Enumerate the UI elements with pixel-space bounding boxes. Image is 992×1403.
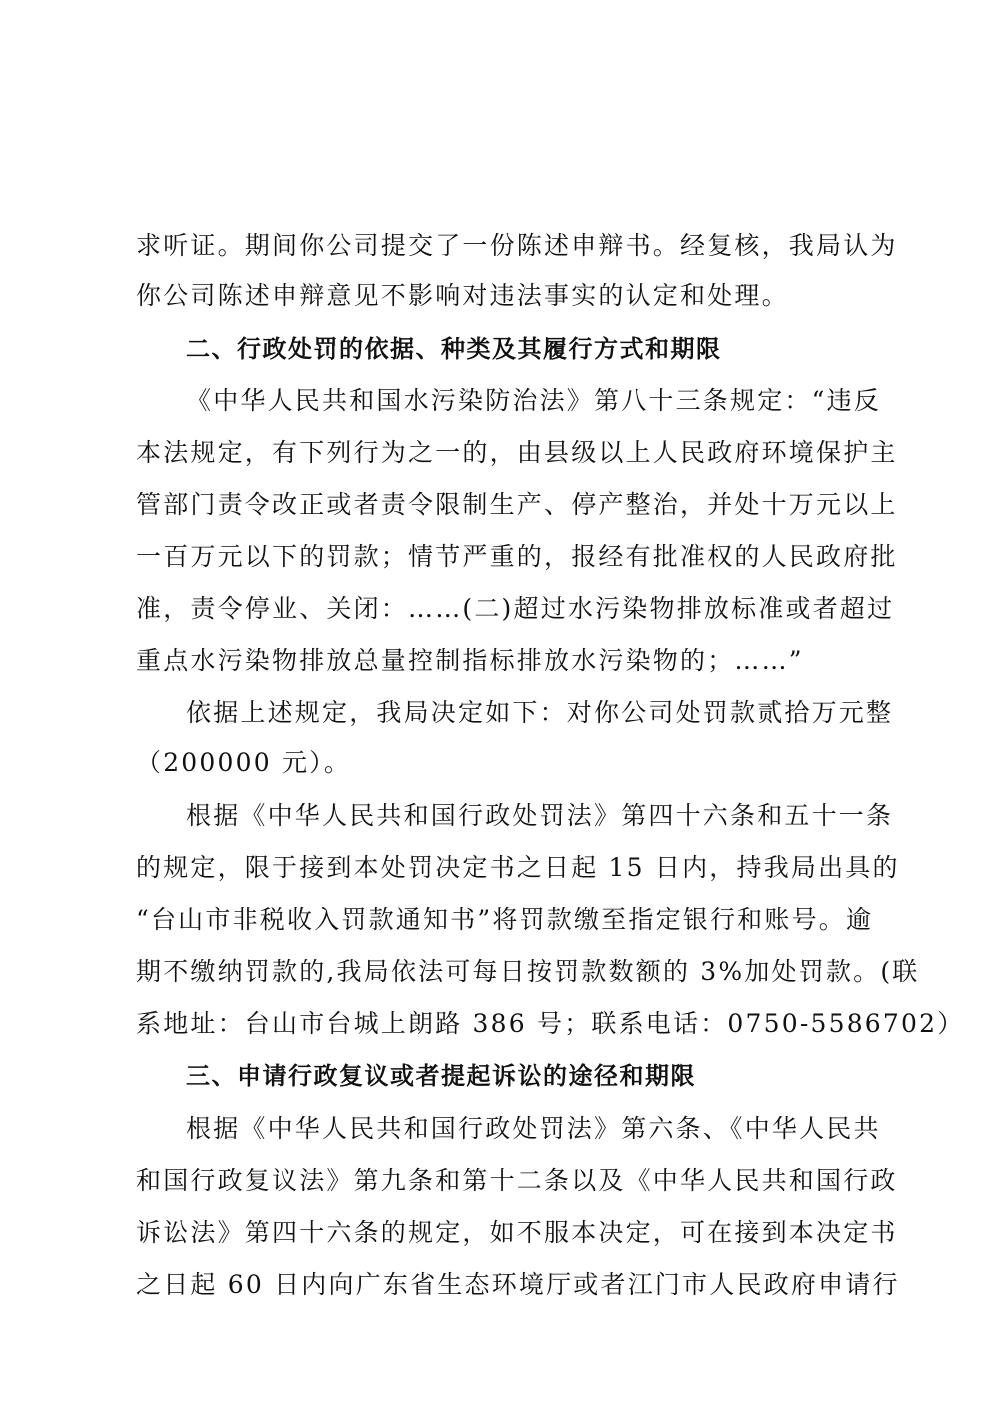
paragraph-line: 准，责令停业、关闭：……(二)超过水污染物排放标准或者超过	[136, 589, 868, 629]
paragraph-line: 《中华人民共和国水污染防治法》第八十三条规定：“违反	[186, 381, 868, 421]
section-heading-3: 三、申请行政复议或者提起诉讼的途径和期限	[186, 1056, 696, 1096]
paragraph-line: 求听证。期间你公司提交了一份陈述申辩书。经复核，我局认为	[136, 226, 868, 266]
penalty-amount-line: （200000 元）。	[136, 743, 868, 783]
paragraph-line: 之日起 60 日内向广东省生态环境厅或者江门市人民政府申请行	[136, 1265, 868, 1305]
paragraph-line: 诉讼法》第四十六条的规定，如不服本决定，可在接到本决定书	[136, 1213, 868, 1253]
paragraph-line: 管部门责令改正或者责令限制生产、停产整治，并处十万元以上	[136, 485, 868, 525]
paragraph-line: 重点水污染物排放总量控制指标排放水污染物的；……”	[136, 641, 868, 681]
section-heading-2: 二、行政处罚的依据、种类及其履行方式和期限	[186, 329, 722, 369]
paragraph-line: 一百万元以下的罚款；情节严重的，报经有批准权的人民政府批	[136, 537, 868, 577]
paragraph-line: 和国行政复议法》第九条和第十二条以及《中华人民共和国行政	[136, 1161, 868, 1201]
paragraph-line: 根据《中华人民共和国行政处罚法》第四十六条和五十一条	[186, 796, 868, 836]
contact-info-line: 系地址：台山市台城上朗路 386 号；联系电话：0750-5586702）	[136, 1004, 868, 1044]
paragraph-line: 期不缴纳罚款的,我局依法可每日按罚款数额的 3%加处罚款。(联	[136, 952, 868, 992]
paragraph-line: 根据《中华人民共和国行政处罚法》第六条、《中华人民共	[186, 1109, 868, 1149]
paragraph-line: “台山市非税收入罚款通知书”将罚款缴至指定银行和账号。逾	[136, 900, 868, 940]
paragraph-line: 依据上述规定，我局决定如下：对你公司处罚款贰拾万元整	[186, 693, 868, 733]
document-page: 求听证。期间你公司提交了一份陈述申辩书。经复核，我局认为 你公司陈述申辩意见不影…	[0, 0, 992, 1403]
paragraph-line: 本法规定，有下列行为之一的，由县级以上人民政府环境保护主	[136, 433, 868, 473]
paragraph-line: 你公司陈述申辩意见不影响对违法事实的认定和处理。	[136, 276, 868, 316]
paragraph-line: 的规定，限于接到本处罚决定书之日起 15 日内，持我局出具的	[136, 848, 868, 888]
